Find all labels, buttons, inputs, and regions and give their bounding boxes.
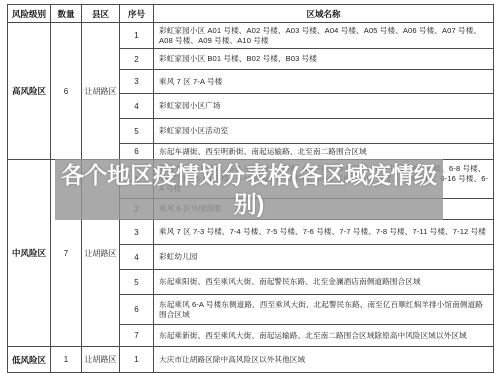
row-number-cell: 7 [120,325,154,347]
area-name-cell: 东起乘新街、西至乘风大街、南起运输路、北至南二路围合区域除原高中风险区域以外区域 [154,325,494,347]
risk-level-cell-high: 高风险区 [8,23,51,160]
row-number-cell: 6 [120,295,154,325]
area-name-cell: 东起车湖街、西至明新街、南起运输路、北至南二路围合区域 [154,144,494,160]
area-name-cell: 彩虹家园小区 A01 号楼、A02 号楼、A03 号楼、A04 号楼、A05 号… [154,23,494,49]
area-name-cell: 东起乘阳街、西至乘风大街、南起警民东路、北至金澜酒店南侧道路围合区域 [154,270,494,295]
row-number-cell: 5 [120,119,154,144]
row-number-cell: 2 [120,49,154,70]
row-number-cell: 3 [120,70,154,94]
header-risk-level: 风险级别 [8,5,51,23]
row-number-cell: 4 [120,245,154,270]
row-number-cell: 5 [120,270,154,295]
area-name-cell: 乘风 7 区 7-A 号楼 [154,70,494,94]
risk-level-cell-medium: 中风险区 [8,160,51,347]
row-number-cell: 6 [120,144,154,160]
count-cell: 6 [51,23,82,160]
area-name-cell: 大庆市让胡路区除中高风险区以外其他区域 [154,347,494,373]
header-district: 县区 [82,5,120,23]
risk-level-cell-low: 低风险区 [8,347,51,373]
area-name-cell: 乘风 7 区 7-3 号楼、7-4 号楼、7-5 号楼、7-6 号楼、7-7 号… [154,220,494,245]
header-count: 数量 [51,5,82,23]
row-number-cell: 3 [120,220,154,245]
table-row: 高风险区 6 让胡路区 1 彩虹家园小区 A01 号楼、A02 号楼、A03 号… [8,23,494,49]
epidemic-risk-table-page: 风险级别 数量 县区 序号 区域名称 高风险区 6 让胡路区 1 彩虹家园小区 … [0,0,500,373]
count-cell: 1 [51,347,82,373]
row-number-cell: 1 [120,347,154,373]
header-serial: 序号 [120,5,154,23]
area-name-cell: 彩虹幼儿园 [154,245,494,270]
area-name-cell: 彩虹家园小区活动室 [154,119,494,144]
area-name-cell: 东起乘风 6-A 号楼东侧道路、西至乘风大街、北起警民东路、南至亿百顺红焖羊排小… [154,295,494,325]
watermark-overlay: 各个地区疫情划分表格(各区域疫情级 别) [55,159,443,220]
row-number-cell: 4 [120,94,154,119]
district-cell: 让胡路区 [82,23,120,160]
table-row: 低风险区 1 让胡路区 1 大庆市让胡路区除中高风险区以外其他区域 [8,347,494,373]
district-cell: 让胡路区 [82,347,120,373]
area-name-cell: 彩虹家园小区 B01 号楼、B02 号楼、B03 号楼 [154,49,494,70]
header-row: 风险级别 数量 县区 序号 区域名称 [8,5,494,23]
watermark-text-line1: 各个地区疫情划分表格(各区域疫情级 [61,161,437,190]
header-area-name: 区域名称 [154,5,494,23]
row-number-cell: 1 [120,23,154,49]
watermark-text-line2: 别) [234,190,265,219]
area-name-cell: 彩虹家园小区广场 [154,94,494,119]
